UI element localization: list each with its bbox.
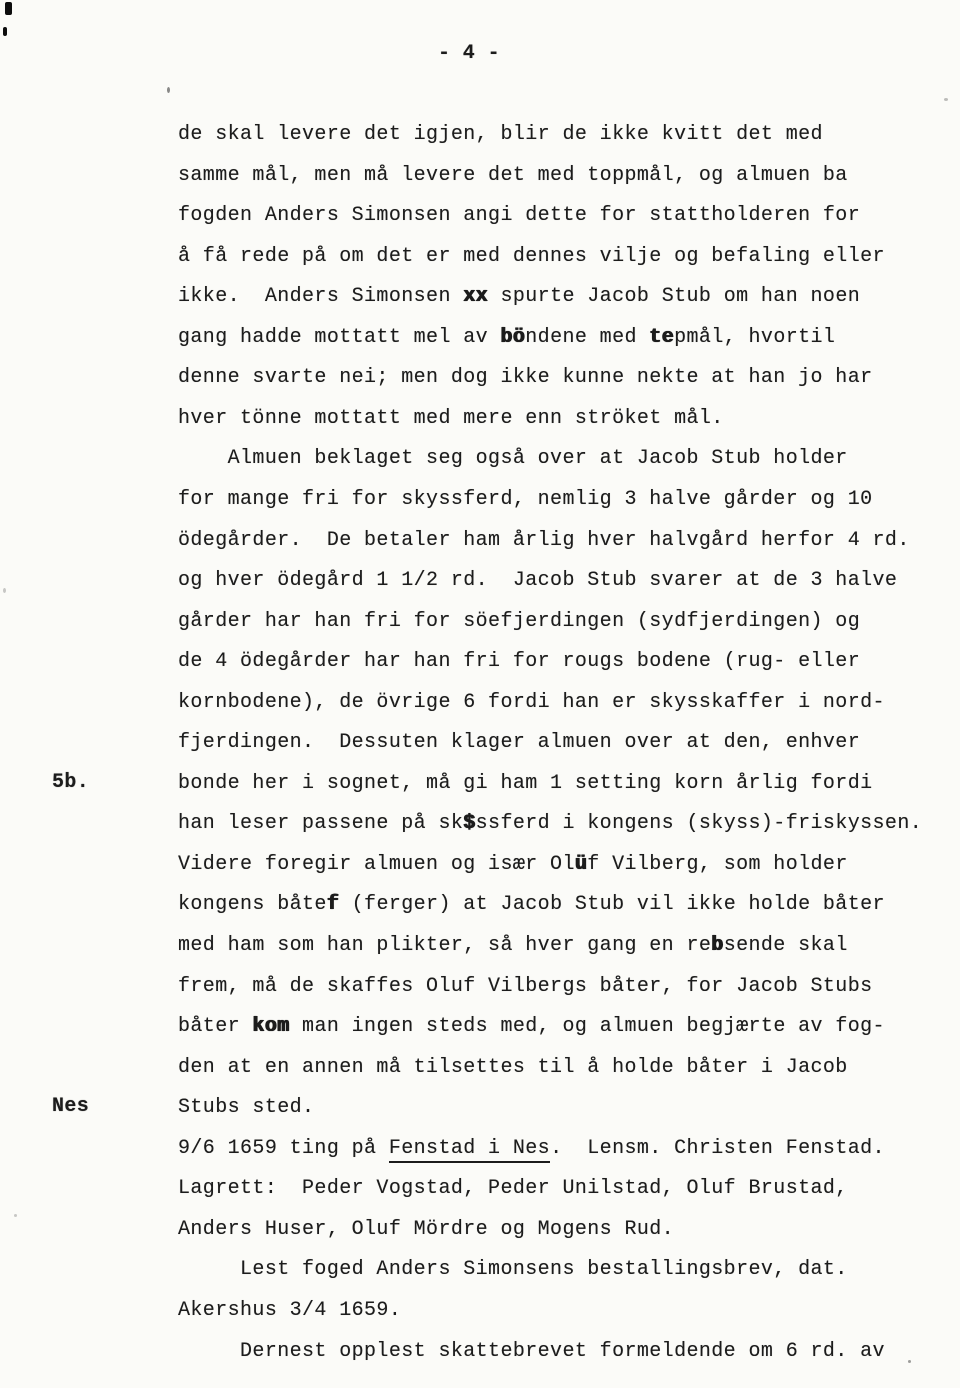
scan-edge-mark (3, 27, 7, 36)
overstruck-text: ü (575, 853, 587, 876)
margin-note: Nes (52, 1095, 89, 1118)
text-line: den at en annen må tilsettes til å holde… (178, 1055, 848, 1081)
text-segment: gang hadde mottatt mel av (178, 326, 500, 349)
text-line: de 4 ödegårder har han fri for rougs bod… (178, 649, 860, 675)
text-segment: med ham som han plikter, så hver gang en… (178, 934, 711, 957)
overstruck-text: $ (463, 812, 475, 835)
text-segment: pmål, hvortil (674, 326, 835, 349)
text-line: og hver ödegård 1 1/2 rd. Jacob Stub sva… (178, 568, 897, 594)
text-line: kornbodene), de övrige 6 fordi han er sk… (178, 690, 885, 716)
text-segment: spurte Jacob Stub om han noen (488, 285, 860, 308)
text-line: med ham som han plikter, så hver gang en… (178, 933, 848, 959)
text-segment: f Vilberg, som holder (587, 853, 847, 876)
text-line: Lagrett: Peder Vogstad, Peder Unilstad, … (178, 1176, 848, 1202)
text-segment: Almuen beklaget seg også over at Jacob S… (178, 447, 848, 470)
text-segment: båter (178, 1015, 252, 1038)
text-line: frem, må de skaffes Oluf Vilbergs båter,… (178, 974, 873, 1000)
ink-speck (14, 1214, 17, 1217)
page-number: - 4 - (438, 42, 500, 65)
overstruck-text: kom (252, 1015, 289, 1038)
text-line: Lest foged Anders Simonsens bestallingsb… (178, 1257, 848, 1283)
ink-speck (167, 87, 170, 93)
text-segment: fjerdingen. Dessuten klager almuen over … (178, 731, 860, 754)
overstruck-text: bö (500, 326, 525, 349)
text-segment: bonde her i sognet, må gi ham 1 setting … (178, 772, 873, 795)
text-line: Akershus 3/4 1659. (178, 1298, 401, 1324)
text-segment: de skal levere det igjen, blir de ikke k… (178, 123, 823, 146)
text-segment: Videre foregir almuen og især Ol (178, 853, 575, 876)
overstruck-text: te (649, 326, 674, 349)
text-segment: man ingen steds med, og almuen begjærte … (290, 1015, 885, 1038)
text-segment: Lest foged Anders Simonsens bestallingsb… (178, 1258, 848, 1281)
text-line: Videre foregir almuen og især Olüf Vilbe… (178, 852, 848, 878)
scan-edge-mark (5, 2, 12, 15)
text-segment: 9/6 1659 ting på (178, 1137, 389, 1160)
ink-speck (3, 588, 6, 593)
text-line: båter kom man ingen steds med, og almuen… (178, 1014, 885, 1040)
text-line: fogden Anders Simonsen angi dette for st… (178, 203, 860, 229)
text-line: for mange fri for skyssferd, nemlig 3 ha… (178, 487, 873, 513)
text-line: denne svarte nei; men dog ikke kunne nek… (178, 365, 873, 391)
text-segment: og hver ödegård 1 1/2 rd. Jacob Stub sva… (178, 569, 897, 592)
text-segment: de 4 ödegårder har han fri for rougs bod… (178, 650, 860, 673)
text-line: gårder har han fri for söefjerdingen (sy… (178, 609, 860, 635)
text-segment: gårder har han fri for söefjerdingen (sy… (178, 610, 860, 633)
underlined-text: Fenstad i Nes (389, 1137, 550, 1163)
text-segment: denne svarte nei; men dog ikke kunne nek… (178, 366, 873, 389)
text-segment: kongens båte (178, 893, 327, 916)
text-line: han leser passene på sk$ssferd i kongens… (178, 811, 922, 837)
text-line: fjerdingen. Dessuten klager almuen over … (178, 730, 860, 756)
text-segment: (ferger) at Jacob Stub vil ikke holde bå… (339, 893, 885, 916)
margin-note: 5b. (52, 771, 89, 794)
overstruck-text: f (327, 893, 339, 916)
text-line: bonde her i sognet, må gi ham 1 setting … (178, 771, 873, 797)
text-line: 9/6 1659 ting på Fenstad i Nes. Lensm. C… (178, 1136, 885, 1162)
overstruck-text: xx (463, 285, 488, 308)
scanned-document-page: - 4 - de skal levere det igjen, blir de … (0, 0, 960, 1388)
text-segment: ndene med (525, 326, 649, 349)
text-segment: samme mål, men må levere det med toppmål… (178, 164, 848, 187)
text-line: hver tönne mottatt med mere enn ströket … (178, 406, 724, 432)
text-segment: ssferd i kongens (skyss)-friskyssen. (476, 812, 922, 835)
text-line: Anders Huser, Oluf Mördre og Mogens Rud. (178, 1217, 674, 1243)
text-segment: han leser passene på sk (178, 812, 463, 835)
text-segment: Akershus 3/4 1659. (178, 1299, 401, 1322)
text-segment: sende skal (724, 934, 848, 957)
text-segment: Dernest opplest skattebrevet formeldende… (178, 1340, 885, 1363)
text-segment: kornbodene), de övrige 6 fordi han er sk… (178, 691, 885, 714)
text-line: ödegårder. De betaler ham årlig hver hal… (178, 528, 910, 554)
text-segment: ikke. Anders Simonsen (178, 285, 463, 308)
text-segment: for mange fri for skyssferd, nemlig 3 ha… (178, 488, 873, 511)
text-segment: fogden Anders Simonsen angi dette for st… (178, 204, 860, 227)
text-segment: å få rede på om det er med dennes vilje … (178, 245, 885, 268)
text-segment: Lagrett: Peder Vogstad, Peder Unilstad, … (178, 1177, 848, 1200)
text-segment: ödegårder. De betaler ham årlig hver hal… (178, 529, 910, 552)
text-line: Dernest opplest skattebrevet formeldende… (178, 1339, 885, 1365)
text-line: kongens båtef (ferger) at Jacob Stub vil… (178, 892, 885, 918)
text-line: Stubs sted. (178, 1095, 314, 1121)
text-segment: . Lensm. Christen Fenstad. (550, 1137, 885, 1160)
text-line: Almuen beklaget seg også over at Jacob S… (178, 446, 848, 472)
text-segment: frem, må de skaffes Oluf Vilbergs båter,… (178, 975, 873, 998)
text-line: samme mål, men må levere det med toppmål… (178, 163, 848, 189)
text-segment: Anders Huser, Oluf Mördre og Mogens Rud. (178, 1218, 674, 1241)
text-line: de skal levere det igjen, blir de ikke k… (178, 122, 823, 148)
text-segment: Stubs sted. (178, 1096, 314, 1119)
text-line: å få rede på om det er med dennes vilje … (178, 244, 885, 270)
ink-speck (944, 98, 948, 101)
text-line: ikke. Anders Simonsen xx spurte Jacob St… (178, 284, 860, 310)
overstruck-text: b (711, 934, 723, 957)
ink-speck (908, 1360, 911, 1363)
text-segment: hver tönne mottatt med mere enn ströket … (178, 407, 724, 430)
text-line: gang hadde mottatt mel av böndene med te… (178, 325, 835, 351)
text-segment: den at en annen må tilsettes til å holde… (178, 1056, 848, 1079)
